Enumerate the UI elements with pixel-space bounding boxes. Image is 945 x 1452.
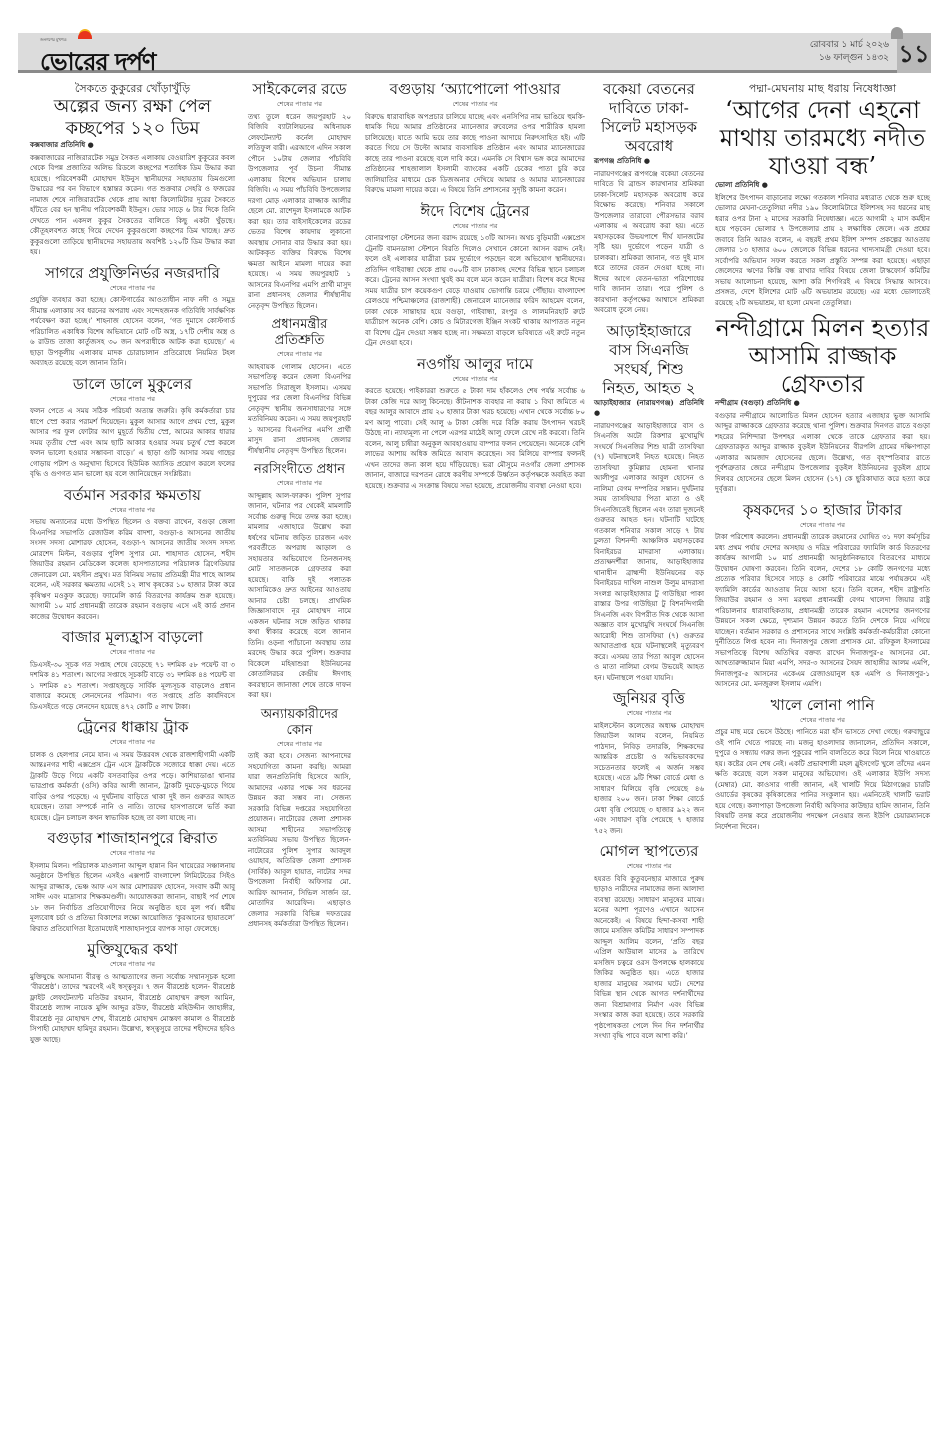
story-body: তথ্য তুলে ধরেন জয়পুরহাট ২০ বিজিবি ব্যাট…	[248, 112, 351, 312]
newspaper-name: ভোরের দর্পণ	[40, 48, 155, 76]
newspaper-logo: জনগণের মুখপত্র ভোরের দর্পণ	[40, 37, 155, 84]
story-body: আহবায়ক গোলাম হোসেন। এতে সভাপতিত্ব করেন …	[248, 362, 351, 457]
story-headline: খালে লোনা পানি	[715, 696, 930, 715]
story-body: করতে হয়েছে। পাইকাররা শুরুতে ৫ টাকা দাম …	[365, 386, 585, 491]
story-body: তাই করা হবে। সেজন্য আপনাদের সহযোগিতা কাম…	[248, 751, 351, 930]
story-eid-train: ঈদে বিশেষ ট্রেনের শেষের পাতার পর বোনারপা…	[365, 202, 585, 349]
jump-line: শেষের পাতার পর	[248, 99, 351, 110]
story-headline: সাইকেলের রডে	[248, 80, 351, 99]
jump-line: শেষের পাতার পর	[594, 861, 704, 872]
story-government: বর্তমান সরকার ক্ষমতায় শেষের পাতার পর সভ…	[30, 486, 235, 623]
story-body: হযরত বিবি কুতুবনেছার মাজারে পুরুষ ছাড়াও…	[594, 874, 704, 1042]
story-headline: আড়াইহাজারে বাস সিএনজি সংঘর্ষ, শিশু নিহত…	[594, 322, 704, 398]
column-4: বকেয়া বেতনের দাবিতে ঢাকা-সিলেট মহাসড়ক …	[594, 80, 704, 1048]
story-headline: প্রধানমন্ত্রীর প্রতিশ্রুতি	[248, 317, 351, 349]
jump-line: শেষের পাতার পর	[248, 739, 351, 750]
story-body: বগুড়ার নন্দীগ্রামে আলোচিত মিলন হোসেন হত…	[715, 411, 930, 495]
story-headline: মুক্তিযুদ্ধের কথা	[30, 940, 235, 959]
story-nandigram-arrest: নন্দীগ্রামে মিলন হত্যার আসামি রাজ্জাক গ্…	[715, 314, 930, 495]
story-headline: বকেয়া বেতনের দাবিতে ঢাকা-সিলেট মহাসড়ক …	[594, 80, 704, 156]
story-body: সভায় অন্যান্যের মধ্যে উপস্থিত ছিলেন ও ব…	[30, 517, 235, 622]
story-byline: নন্দীগ্রাম (বগুড়া) প্রতিনিধি ●	[715, 398, 800, 407]
column-3: বগুড়ায় ‘অ্যাপোলো পাওয়ার শেষের পাতার প…	[365, 80, 585, 497]
story-liberation-war: মুক্তিযুদ্ধের কথা শেষের পাতার পর মুক্তিয…	[30, 940, 235, 1045]
story-turtle-eggs: সৈকতে কুকুরের খোঁড়াখুঁড়ি অল্পের জন্য র…	[30, 82, 235, 258]
page-number: ১১	[897, 33, 931, 73]
jump-line: শেষের পাতার পর	[248, 349, 351, 360]
story-body: বিরুদ্ধে ধারাবাহিক অপপ্রচার চালিয়ে যাচ্…	[365, 112, 585, 196]
story-unpaid-wages: বকেয়া বেতনের দাবিতে ঢাকা-সিলেট মহাসড়ক …	[594, 80, 704, 316]
story-mango-buds: ডালে ডালে মুকুলের শেষের পাতার পর ফলন পেত…	[30, 375, 235, 480]
jump-line: শেষের পাতার পর	[30, 283, 235, 294]
masthead: জনগণের মুখপত্র ভোরের দর্পণ রোববার ১ মার্…	[18, 33, 931, 73]
story-bicycle-rod: সাইকেলের রডে শেষের পাতার পর তথ্য তুলে ধর…	[248, 80, 351, 311]
story-headline: জুনিয়র বৃত্তি	[594, 689, 704, 708]
jump-line: শেষের পাতার পর	[365, 99, 585, 110]
jump-line: শেষের পাতার পর	[30, 848, 235, 859]
story-byline: আড়াইহাজার (নারায়ণগঞ্জ) প্রতিনিধি ●	[594, 398, 704, 418]
story-narsingdi: নরসিংদীতে প্রধান শেষের পাতার পর আব্দুল্ল…	[248, 462, 351, 701]
story-headline: মোগল স্থাপত্যের	[594, 842, 704, 861]
story-headline: ঈদে বিশেষ ট্রেনের	[365, 202, 585, 221]
story-headline: অন্যায়কারীদের কোন	[248, 707, 351, 739]
story-junior-scholarship: জুনিয়র বৃত্তি শেষের পাতার পর মাইলস্টোন …	[594, 689, 704, 836]
column-2: সাইকেলের রডে শেষের পাতার পর তথ্য তুলে ধর…	[248, 80, 351, 936]
story-wrongdoers: অন্যায়কারীদের কোন শেষের পাতার পর তাই কর…	[248, 707, 351, 930]
jump-line: শেষের পাতার পর	[30, 647, 235, 658]
story-body: আব্দুল্লাহ আল-ফারুক। পুলিশ সুপার জানান, …	[248, 491, 351, 701]
story-body: টাকা পরিশোধ করলেন। প্রধানমন্ত্রী তারেক র…	[715, 532, 930, 690]
story-body: মুক্তিযুদ্ধে অসামান্য বীরত্ব ও আত্মত্যাগ…	[30, 972, 235, 1046]
story-body: ফলন পেতে এ সময় সঠিক পরিচর্যা অত্যন্ত জর…	[30, 406, 235, 480]
story-headline: ‘আগের দেনা এহনো মাথায় তারমধ্যে নদীত যাও…	[715, 96, 930, 180]
story-byline: ভোলা প্রতিনিধি ●	[715, 180, 768, 189]
story-apollo-power: বগুড়ায় ‘অ্যাপোলো পাওয়ার শেষের পাতার প…	[365, 80, 585, 196]
story-headline: সাগরে প্রযুক্তিনির্ভর নজরদারি	[30, 264, 235, 283]
story-headline: ট্রেনের ধাক্কায় ট্রাক	[30, 718, 235, 737]
story-headline: নওগাঁয় আলুর দামে	[365, 355, 585, 374]
story-body: বোনারপাড়া স্টেশনের জন্য বরাদ্দ রয়েছে ১…	[365, 233, 585, 349]
story-qirat: বগুড়ার শাজাহানপুরে ক্বিরাত শেষের পাতার …	[30, 829, 235, 934]
jump-line: শেষের পাতার পর	[30, 737, 235, 748]
date-bengali: ১৬ ফাল্গুন ১৪৩২	[810, 52, 889, 65]
story-body: প্রচুর মাছ মরে ভেসে উঠছে। পানিতে মরা হাঁ…	[715, 727, 930, 832]
story-body: ইসলাম মিলন। পরিচালক মাওলানা আব্দুল হান্ন…	[30, 861, 235, 935]
story-hilsa-ban: পদ্মা-মেঘনায় মাছ ধরায় নিষেধাজ্ঞা ‘আগের…	[715, 82, 930, 308]
story-body: চালক ও হেলপার নেমে যান। এ সময় উত্তরবঙ্গ…	[30, 750, 235, 824]
logo-tagline: জনগণের মুখপত্র	[40, 37, 155, 44]
story-headline: বগুড়ায় ‘অ্যাপোলো পাওয়ার	[365, 80, 585, 99]
story-pm-pledge: প্রধানমন্ত্রীর প্রতিশ্রুতি শেষের পাতার প…	[248, 317, 351, 456]
column-5: পদ্মা-মেঘনায় মাছ ধরায় নিষেধাজ্ঞা ‘আগের…	[715, 80, 930, 838]
story-araihazar-crash: আড়াইহাজারে বাস সিএনজি সংঘর্ষ, শিশু নিহত…	[594, 322, 704, 684]
jump-line: শেষের পাতার পর	[30, 505, 235, 516]
story-body: নারায়ণগঞ্জের রূপগঞ্জে বকেয়া বেতনের দাব…	[594, 169, 704, 316]
story-saltwater-canal: খালে লোনা পানি শেষের পাতার পর প্রচুর মাছ…	[715, 696, 930, 833]
story-body: নারায়ণগঞ্জের আড়াইহাজারে বাস ও সিএনজি অ…	[594, 421, 704, 684]
jump-line: শেষের পাতার পর	[715, 715, 930, 726]
story-kicker: সৈকতে কুকুরের খোঁড়াখুঁড়ি	[30, 82, 235, 96]
story-market: বাজার মূল্যহ্রাস বাড়লো শেষের পাতার পর ড…	[30, 628, 235, 712]
story-body: ইলিশের উৎপাদন বাড়ানোর লক্ষ্যে গতকাল শনি…	[715, 193, 930, 309]
jump-line: শেষের পাতার পর	[30, 394, 235, 405]
story-sea-surveillance: সাগরে প্রযুক্তিনির্ভর নজরদারি শেষের পাতা…	[30, 264, 235, 369]
issue-date: রোববার ১ মার্চ ২০২৬ ১৬ ফাল্গুন ১৪৩২	[810, 39, 889, 65]
story-naogaon-potato: নওগাঁয় আলুর দামে শেষের পাতার পর করতে হয…	[365, 355, 585, 492]
story-headline: ডালে ডালে মুকুলের	[30, 375, 235, 394]
jump-line: শেষের পাতার পর	[30, 959, 235, 970]
story-body: মাইলস্টোন কলেজের অধ্যক্ষ মোহাম্মদ জিয়াউ…	[594, 721, 704, 837]
story-headline: বর্তমান সরকার ক্ষমতায়	[30, 486, 235, 505]
story-body: ডিএসই-৩০ সূচক গত সপ্তাহ শেষে বেড়েছে ৭১ …	[30, 660, 235, 713]
jump-line: শেষের পাতার পর	[248, 478, 351, 489]
story-headline: নরসিংদীতে প্রধান	[248, 462, 351, 478]
story-headline: কৃষকদের ১০ হাজার টাকার	[715, 501, 930, 520]
jump-line: শেষের পাতার পর	[594, 708, 704, 719]
story-byline: কক্সবাজার প্রতিনিধি ●	[30, 140, 94, 149]
jump-line: শেষের পাতার পর	[715, 520, 930, 531]
date-gregorian: রোববার ১ মার্চ ২০২৬	[810, 39, 889, 52]
story-byline: রূপগঞ্জ প্রতিনিধি ●	[594, 156, 650, 165]
story-headline: বগুড়ার শাজাহানপুরে ক্বিরাত	[30, 829, 235, 848]
story-headline: অল্পের জন্য রক্ষা পেল কচ্ছপের ১২০ ডিম	[30, 96, 235, 140]
story-farmers-loan: কৃষকদের ১০ হাজার টাকার শেষের পাতার পর টা…	[715, 501, 930, 690]
column-1: সৈকতে কুকুরের খোঁড়াখুঁড়ি অল্পের জন্য র…	[30, 80, 235, 1051]
story-mughal-architecture: মোগল স্থাপত্যের শেষের পাতার পর হযরত বিবি…	[594, 842, 704, 1042]
story-body: প্রযুক্তি ব্যবহার করা হচ্ছে। কোস্টগার্ডে…	[30, 295, 235, 369]
story-headline: নন্দীগ্রামে মিলন হত্যার আসামি রাজ্জাক গ্…	[715, 314, 930, 398]
story-train-truck: ট্রেনের ধাক্কায় ট্রাক শেষের পাতার পর চা…	[30, 718, 235, 823]
jump-line: শেষের পাতার পর	[365, 221, 585, 232]
story-headline: বাজার মূল্যহ্রাস বাড়লো	[30, 628, 235, 647]
sunrise-icon	[78, 31, 92, 39]
story-kicker: পদ্মা-মেঘনায় মাছ ধরায় নিষেধাজ্ঞা	[715, 82, 930, 96]
story-body: কক্সবাজারের নাজিরারটেক সমুদ্র সৈকত এলাকা…	[30, 153, 235, 258]
jump-line: শেষের পাতার পর	[365, 374, 585, 385]
